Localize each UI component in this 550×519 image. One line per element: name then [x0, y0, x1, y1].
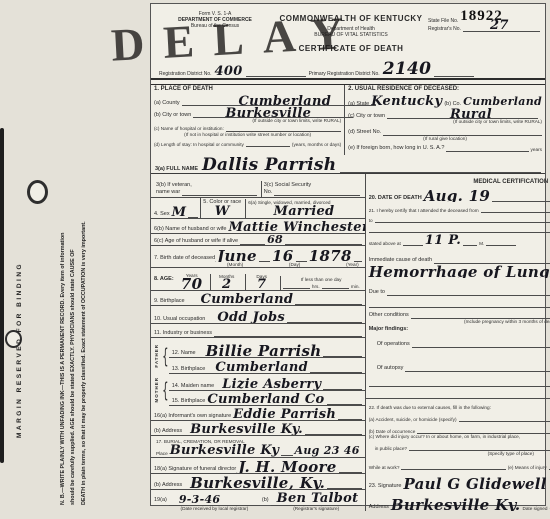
informant-handwritten: Eddie Parrish: [233, 410, 336, 420]
operations-label: Of operations: [377, 341, 410, 348]
veteran-ss-row: 3(b) If veteran, name war 3(c) Social Se…: [151, 174, 365, 198]
medical-title: MEDICAL CERTIFICATION: [473, 179, 548, 186]
dod-label: 20. DATE OF DEATH: [369, 195, 422, 202]
informant-label: 16(a) Informant's own signature: [154, 413, 231, 420]
received-date-handwritten: 9-3-46: [179, 496, 221, 505]
burial-date-handwritten: Aug 23 46: [295, 447, 360, 456]
marital-handwritten: Married: [274, 207, 335, 217]
certificate-header: Form V. S. 1-A DEPARTMENT OF COMMERCE Bu…: [151, 4, 545, 62]
res-state-handwritten: Kentucky: [371, 97, 442, 107]
spouse-label: 6(b) Name of husband or wife: [154, 226, 226, 233]
res-co-handwritten: Cumberland: [463, 98, 542, 107]
place-and-residence: 1. PLACE OF DEATH (a) County Cumberland …: [151, 85, 545, 155]
mother-section: MOTHER { 14. Maiden name Lizie Asberry 1…: [151, 374, 365, 406]
birthplace-label: 9. Birthplace: [154, 298, 185, 305]
physician-addr-handwritten: Burkesville Ky.: [391, 499, 521, 511]
age-days-handwritten: 7: [257, 280, 266, 290]
autopsy-blank-row: [366, 372, 550, 398]
director-row: 18(a) Signature of funeral director J. H…: [151, 458, 365, 474]
veteran-label: 3(b) If veteran,: [156, 182, 257, 189]
spouse-age-handwritten: 68: [267, 236, 283, 245]
registrar-signature-handwritten: Ben Talbot: [277, 494, 359, 504]
color-handwritten: W: [215, 207, 230, 217]
margin-note-line3: DEATH in plain terms, so that it may be …: [79, 221, 89, 505]
margin-binding-text: MARGIN RESERVED FOR BINDING: [16, 262, 23, 438]
date-of-death-row: 20. DATE OF DEATH Aug. 19 19 46 .: [366, 186, 550, 202]
place-caption: (Specify type of place): [369, 451, 550, 456]
informant-addr-label: (b) Address: [154, 428, 182, 435]
cause-value-row: Hemorrhage of Lungs.: [366, 264, 550, 278]
street-label: (d) Street No.: [348, 129, 381, 136]
header-right: State File No. 18922 Registrar's No. 27: [428, 8, 540, 62]
bureau-vital: BUREAU OF VITAL STATISTICS: [274, 32, 428, 38]
director-label: 18(a) Signature of funeral director: [154, 466, 236, 473]
director-address-row: (b) Address Burkesville, Ky.: [151, 474, 365, 490]
received-caption: (Date received by local registrar): [169, 506, 260, 511]
registrar-num-label: 19(a): [154, 497, 167, 504]
spouse-row: 6(b) Name of husband or wife Mattie Winc…: [151, 219, 365, 234]
physician-sig-handwritten: Paul G Glidewell Carner: [403, 478, 550, 490]
director-addr-label: (b) Address: [154, 482, 182, 489]
other-label: Other conditions: [369, 312, 409, 319]
physician-addr-label: Address: [369, 504, 389, 511]
stay-label: (d) Length of stay: In hospital or commu…: [154, 142, 244, 147]
father-name-handwritten: Billie Parrish: [206, 345, 322, 357]
mother-bp-handwritten: Cumberland Co: [207, 395, 324, 405]
registrar-row: 19(a) 9-3-46 (Date received by local reg…: [151, 490, 365, 511]
primary-district-label: Primary Registration District No.: [309, 71, 380, 77]
sex-handwritten: M: [172, 208, 187, 218]
time-handwritten: 11 P.: [425, 236, 461, 246]
certify-paragraph: 21. I hereby certify that I attended the…: [366, 202, 550, 246]
personal-column: 3(b) If veteran, name war 3(c) Social Se…: [151, 174, 366, 511]
primary-district-handwritten: 2140: [383, 63, 432, 77]
header-rule: [151, 78, 545, 85]
res-state-label: (a) State: [348, 101, 369, 108]
min-label: min.: [351, 284, 360, 289]
burial-place-handwritten: Burkesville Ky: [170, 446, 280, 456]
usual-residence-section: 2. USUAL RESIDENCE OF DECEASED: (a) Stat…: [345, 85, 545, 155]
other-caption: (Include pregnancy within 3 months of de…: [369, 319, 550, 324]
burial-place-label: Place: [156, 451, 168, 456]
ss-label: 3(c) Social Security: [264, 182, 360, 189]
father-bp-label: 13. Birthplace: [172, 366, 206, 373]
death-certificate: DELAY Form V. S. 1-A DEPARTMENT OF COMME…: [150, 3, 546, 506]
registrar-b-label: (b): [262, 497, 269, 504]
margin-note-line1: N. B.—WRITE PLAINLY WITH UNFADING INK—TH…: [58, 221, 68, 505]
birth-month-handwritten: June: [217, 250, 257, 262]
registrars-no-handwritten: 27: [490, 21, 509, 31]
major-findings-row: Major findings: Of operations: [366, 326, 550, 352]
birth-year-handwritten: 1878: [309, 250, 352, 262]
father-brace: {: [162, 346, 168, 366]
mother-maiden-label: 14. Maiden name: [172, 383, 215, 390]
other-conditions-row: Other conditions (Include pregnancy with…: [366, 308, 550, 326]
mother-maiden-row: 14. Maiden name Lizie Asberry: [169, 374, 365, 391]
burial-row: 17. BURIAL, CREMATION, OR REMOVAL Place …: [151, 436, 365, 458]
due-to-row: Due to: [366, 278, 550, 296]
occupation-row: 10. Usual occupation Odd Jobs: [151, 306, 365, 324]
residence-title: 2. USUAL RESIDENCE OF DECEASED:: [348, 86, 542, 93]
due-blank-row: [366, 296, 550, 308]
mother-side-label: MOTHER: [151, 374, 161, 406]
industry-row: 11. Industry or business: [151, 324, 365, 338]
accident-row: (a) Accident, suicide, or homicide (spec…: [366, 410, 550, 422]
age-years-handwritten: 70: [181, 278, 202, 290]
father-section: FATHER { 12. Name Billie Parrish 13. Bir…: [151, 338, 365, 374]
physician-sig-label: 23. Signature: [369, 483, 402, 490]
hospital-label: (c) Name of hospital or institution:: [154, 126, 224, 131]
industry-label: 11. Industry or business: [154, 330, 212, 337]
father-name-label: 12. Name: [172, 350, 196, 357]
birthplace-handwritten: Cumberland: [201, 295, 294, 305]
place-of-death-section: 1. PLACE OF DEATH (a) County Cumberland …: [151, 85, 345, 155]
full-name-label: 3(a) FULL NAME: [155, 166, 198, 173]
spouse-handwritten: Mattie Winchester: [228, 223, 364, 233]
city-label: (b) City or town: [154, 112, 191, 119]
war-label: name war: [156, 189, 180, 196]
informant-address-row: (b) Address Burkesville Ky.: [151, 421, 365, 436]
sex-color-marital-row: 4. Sex M 5. Color or race W 6(a) Single,…: [151, 198, 365, 219]
while-at-work-row: While at work? (e) Means of injury: [366, 458, 550, 470]
hrs-label: hrs.: [312, 284, 320, 289]
certificate-title: CERTIFICATE OF DEATH: [299, 44, 404, 54]
injury-label2: in public place?: [375, 446, 407, 451]
findings-label: Major findings:: [369, 326, 550, 336]
age-months-handwritten: 2: [222, 280, 231, 290]
mother-bp-label: 15. Birthplace: [172, 398, 206, 405]
immediate-cause-row: Immediate cause of death: [366, 246, 550, 264]
father-bp-handwritten: Cumberland: [215, 363, 308, 373]
day-caption: (Day): [289, 262, 300, 267]
occupation-handwritten: Odd Jobs: [217, 313, 285, 323]
autopsy-label: Of autopsy: [377, 365, 404, 372]
stay-note: (years, months or days): [292, 142, 341, 147]
informant-addr-handwritten: Burkesville Ky.: [190, 425, 303, 435]
header-center: COMMONWEALTH OF KENTUCKY Department of H…: [274, 8, 428, 62]
header-left: Form V. S. 1-A DEPARTMENT OF COMMERCE Bu…: [156, 8, 274, 62]
father-side-label: FATHER: [151, 338, 161, 374]
years-label: years: [531, 147, 542, 152]
father-name-row: 12. Name Billie Parrish: [169, 338, 365, 358]
commonwealth-title: COMMONWEALTH OF KENTUCKY: [280, 14, 423, 24]
margin-note-line2: should be carefully supplied. AGE should…: [68, 221, 78, 505]
full-name-row: 3(a) FULL NAME Dallis Parrish: [151, 155, 545, 174]
due-label: Due to: [369, 289, 385, 296]
foreign-label: (e) If foreign born, how long in U. S. A…: [348, 145, 444, 152]
occurrence-row: (b) Date of occurrence: [366, 422, 550, 434]
cause-label: Immediate cause of death: [369, 257, 432, 264]
external-causes-row: 22. If death was due to external causes,…: [366, 398, 550, 410]
physician-address-row: Address Burkesville Ky. Date signed 9-21…: [366, 490, 550, 511]
mother-maiden-handwritten: Lizie Asberry: [222, 380, 321, 390]
certify-line1: 21. I hereby certify that I attended the…: [369, 208, 479, 213]
medical-title-row: MEDICAL CERTIFICATION: [366, 174, 550, 186]
registrars-no-label: Registrar's No.: [428, 26, 461, 32]
spouse-age-label: 6(c) Age of husband or wife if alive: [154, 238, 238, 245]
spouse-age-row: 6(c) Age of husband or wife if alive 68: [151, 234, 365, 246]
birth-date-row: 7. Birth date of deceased June 16 1878: [151, 246, 365, 262]
margin-note-text: N. B.—WRITE PLAINLY WITH UNFADING INK—TH…: [58, 221, 89, 505]
reg-district-handwritten: 400: [215, 67, 243, 77]
place-of-death-title: 1. PLACE OF DEATH: [154, 86, 341, 93]
birth-day-handwritten: 16: [272, 250, 293, 262]
sex-label: 4. Sex: [154, 211, 170, 218]
date-signed-label: Date signed: [522, 506, 547, 511]
father-birthplace-row: 13. Birthplace Cumberland: [169, 358, 365, 374]
director-handwritten: J. H. Moore: [238, 461, 336, 473]
punch-hole: [27, 180, 48, 204]
registrar-sig-caption: (Registrar's signature): [271, 506, 362, 511]
less-than-day-label: If less than one day: [301, 277, 342, 282]
county-label: (a) County: [154, 100, 180, 107]
mother-brace: {: [162, 380, 168, 400]
cause-handwritten: Hemorrhage of Lungs.: [369, 266, 550, 278]
medical-column: DURATION MEDICAL CERTIFICATION 20. DATE …: [366, 174, 550, 511]
ss-no-label: No.: [264, 189, 273, 196]
physician-signature-row: 23. Signature Paul G Glidewell Carner (M…: [366, 470, 550, 490]
director-addr-handwritten: Burkesville, Ky.: [190, 477, 325, 489]
year-caption: (Year): [346, 262, 359, 267]
informant-row: 16(a) Informant's own signature Eddie Pa…: [151, 406, 365, 421]
occupation-label: 10. Usual occupation: [154, 316, 205, 323]
birthdate-label: 7. Birth date of deceased: [154, 255, 215, 262]
scan-edge-shadow: [0, 128, 4, 463]
mother-birthplace-row: 15. Birthplace Cumberland Co: [169, 391, 365, 406]
state-file-label: State File No.: [428, 18, 458, 24]
injury-label: (c) Where did injury occur? In or about …: [369, 434, 550, 443]
month-caption: (Month): [227, 262, 243, 267]
bureau-census: Bureau of the Census: [156, 23, 274, 29]
reg-district-label: Registration District No.: [159, 71, 212, 77]
birthplace-row: 9. Birthplace Cumberland: [151, 291, 365, 306]
autopsy-row: Of autopsy: [366, 352, 550, 372]
injury-location-row: (c) Where did injury occur? In or about …: [366, 434, 550, 458]
to-label: to: [369, 218, 373, 223]
age-label: 8. AGE:: [154, 276, 174, 283]
full-name-handwritten: Dallis Parrish: [202, 159, 336, 173]
registration-district-line: Registration District No. 400 Primary Re…: [151, 62, 545, 77]
age-row: 8. AGE: Years 70 Months 2 Days 7 If less…: [151, 268, 365, 291]
res-city-label: (c) City or town: [348, 113, 385, 120]
dod-handwritten: Aug. 19: [424, 190, 490, 202]
